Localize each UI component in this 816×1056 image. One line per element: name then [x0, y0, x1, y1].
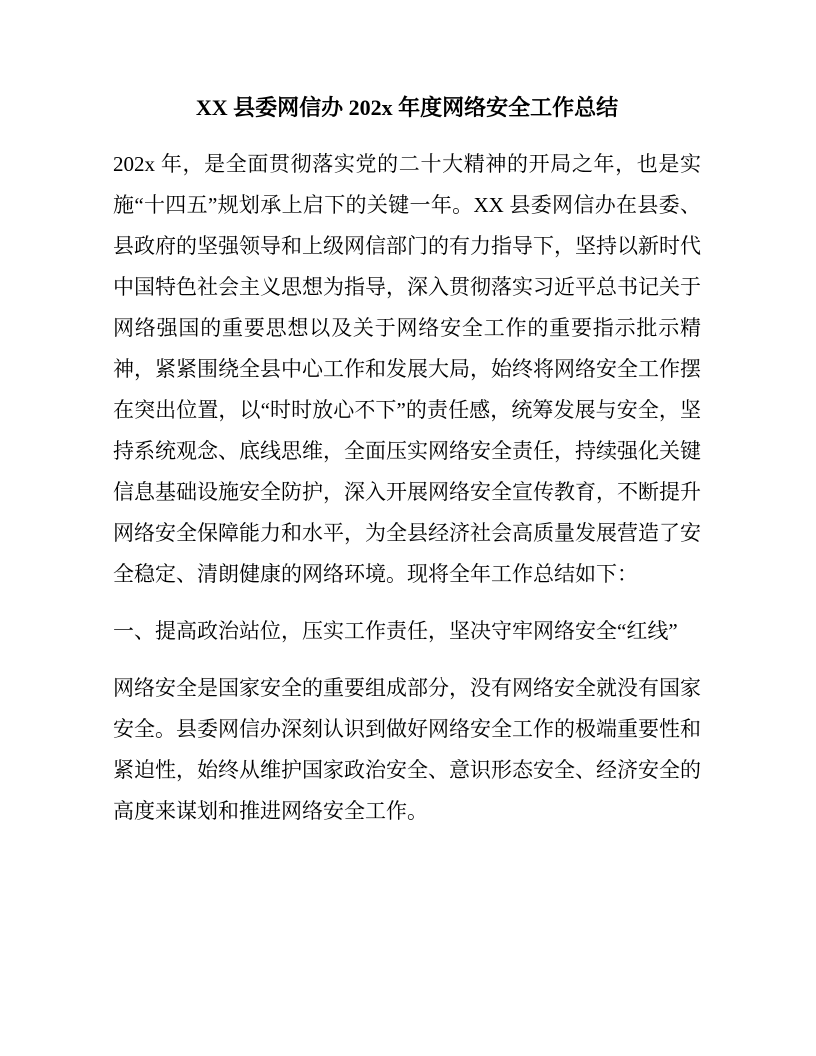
intro-paragraph: 202x 年，是全面贯彻落实党的二十大精神的开局之年，也是实施“十四五”规划承上… [113, 144, 701, 595]
document-title-text: XX 县委网信办 202x 年度网络安全工作总结 [196, 95, 618, 120]
section-heading-1: 一、提高政治站位，压实工作责任，坚决守牢网络安全“红线” [113, 611, 701, 652]
document-title: XX 县委网信办 202x 年度网络安全工作总结 [113, 90, 701, 126]
document-page: XX 县委网信办 202x 年度网络安全工作总结 202x 年，是全面贯彻落实党… [0, 0, 816, 1056]
document-content: XX 县委网信办 202x 年度网络安全工作总结 202x 年，是全面贯彻落实党… [113, 90, 701, 848]
body-paragraph-1: 网络安全是国家安全的重要组成部分，没有网络安全就没有国家安全。县委网信办深刻认识… [113, 668, 701, 832]
